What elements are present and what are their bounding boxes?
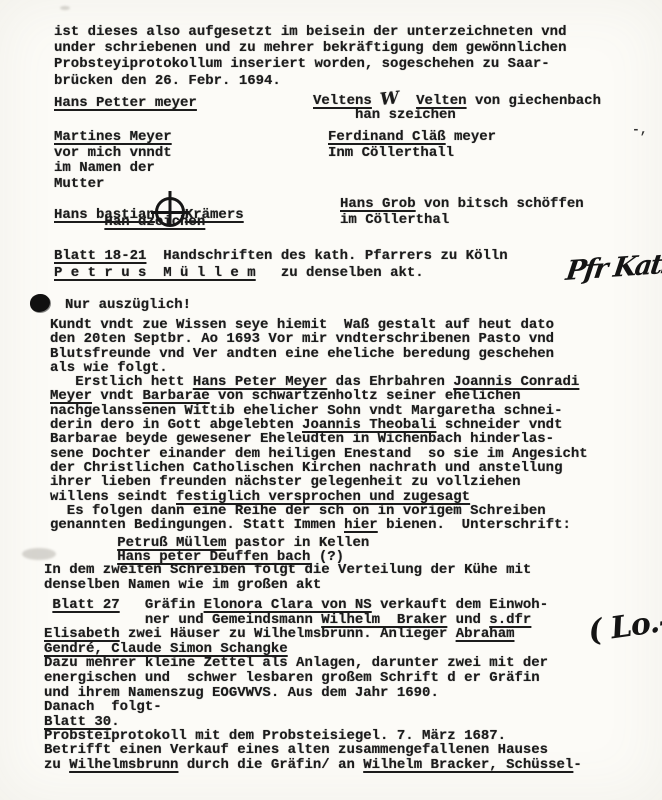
paragraph-zweites-schreiben: In dem zweiten Schreiben folgt die Verte… [44, 563, 531, 592]
text-line: ner und Gemeindsmann Wilhelm Braker und … [44, 613, 548, 628]
text-segment: von giechenbach [467, 93, 601, 109]
text-line: im Cöllerthal [340, 213, 584, 229]
text-line: Dazu mehrer kleine Zettel als Anlagen, d… [44, 656, 548, 671]
signature-hans-bastian-kraemers: Hans bastianKrämers Han dzeichen [54, 197, 244, 231]
text-line: Ferdinand Cläß meyer [328, 130, 496, 146]
signature-hans-grob: Hans Grob von bitsch schöffenim Cöllerth… [340, 197, 584, 228]
scan-speck: ‐, [632, 122, 648, 137]
text-line: under schriebenen und zu mehrer bekräfti… [54, 40, 566, 56]
heading-blatt-18-21: Blatt 18-21 Handschriften des kath. Pfar… [54, 248, 508, 282]
note-text: Nur auszüglich! [65, 297, 191, 313]
underlined-text: Wilhelmsbrunn [69, 757, 178, 773]
text-line: sene Dochter einander dem heiligen Enest… [50, 447, 588, 461]
paragraph-blatt-30-protokoll: Probsteiprotokoll mit dem Probsteisiegel… [44, 729, 582, 772]
text-line: den 20ten Septbr. Ao 1693 Vor mir vndter… [50, 332, 588, 346]
text-line: willens seindt festiglich versprochen un… [50, 490, 588, 504]
scan-smudge [22, 548, 56, 560]
text-line: energischen und schwer lesbaren großem S… [44, 671, 548, 686]
text-segment: Handschriften des kath. Pfarrers zu Köll… [146, 248, 507, 264]
text-segment: genannten Bedingungen. Statt Immen [50, 517, 344, 533]
text-segment: under schriebenen und zu mehrer bekräfti… [54, 40, 566, 56]
text-line: In dem zweiten Schreiben folgt die Verte… [44, 563, 531, 578]
text-line: Probsteyiprotokollum inseriert worden, s… [54, 56, 566, 72]
text-segment: zu denselben akt. [256, 265, 424, 281]
text-line: zu Wilhelmsbrunn durch die Gräfin/ an Wi… [44, 758, 582, 772]
underlined-text: Blatt 27 [52, 597, 119, 613]
text-segment: zwei Häuser zu Wilhelmsbrunn. Anlieger [120, 626, 456, 642]
text-segment: Danach folgt- [44, 699, 162, 715]
underlined-text: Blatt 18-21 [54, 248, 146, 264]
text-segment: energischen und schwer lesbaren großem S… [44, 670, 540, 686]
paragraph-protocol-1694: ist dieses also aufgesetzt im beisein de… [54, 24, 566, 89]
text-line: Veltens W Velten von giechenbach [313, 91, 601, 107]
text-line: ihrer lieben freunden nächster gelegenhe… [50, 475, 588, 489]
text-segment: ist dieses also aufgesetzt im beisein de… [54, 24, 566, 40]
text-segment: Dazu mehrer kleine Zettel als Anlagen, d… [44, 655, 548, 671]
text-line: Barbarae beyde gewesener Eheleudten in W… [50, 432, 588, 446]
text-segment: Gräfin [120, 597, 204, 613]
text-segment: im Cöllerthal [340, 212, 449, 228]
text-line: Meyer vndt Barbarae von schwartzenholtz … [50, 389, 588, 403]
text-line: Hans Grob von bitsch schöffen [340, 197, 584, 213]
text-segment: zu [44, 757, 69, 773]
text-line: Blutsfreunde vnd Ver andten eine ehelich… [50, 347, 588, 361]
text-line: und ihrem Namenszug EOGVWVS. Aus dem Jah… [44, 686, 548, 701]
unterschrift-lines: Petruß Müllem pastor in Kellen Hans pete… [50, 536, 369, 565]
text-line: han szeichen [313, 107, 601, 123]
handwritten-annotation-pfr: Pfr Kath [564, 248, 662, 287]
text-line: Es folgen dann eine Reihe der sch on in … [50, 504, 588, 518]
text-line: Hans Petter meyer [54, 95, 197, 111]
signature-hans-petter-meyer: Hans Petter meyer [54, 95, 197, 111]
text-line: genannten Bedingungen. Statt Immen hier … [50, 518, 588, 532]
text-line: Blatt 18-21 Handschriften des kath. Pfar… [54, 248, 508, 265]
text-segment: vor mich vnndt [54, 145, 172, 161]
signature-martines-meyer: Martines Meyervor mich vnndtim Namen der… [54, 130, 172, 193]
text-line: nachgelanssenen Wittib ehelicher Sohn vn… [50, 404, 588, 418]
underlined-text: Elisabeth [44, 626, 120, 642]
handwritten-annotation-lo: ( Lo.-) [586, 602, 662, 650]
underlined-text: Wilhelm Bracker, Schüssel [363, 757, 573, 773]
text-segment: von bitsch schöffen [416, 196, 584, 212]
underlined-text: Ferdinand Cläß [328, 129, 446, 145]
document-page: ist dieses also aufgesetzt im beisein de… [0, 0, 662, 800]
text-line: Danach folgt- [44, 700, 548, 715]
underlined-text: hier [344, 517, 378, 533]
text-line: brücken den 26. Febr. 1694. [54, 73, 566, 89]
text-segment: - [573, 757, 581, 773]
text-line: Martines Meyer [54, 130, 172, 146]
circle-cross-mark [155, 197, 185, 227]
text-line: Blatt 27 Gräfin Elonora Clara von NS ver… [44, 598, 548, 613]
text-line: Betrifft einen Verkauf eines alten zusam… [44, 743, 582, 757]
scan-smudge [60, 6, 70, 10]
text-segment: durch die Gräfin/ an [178, 757, 363, 773]
paragraph-blatt-27: Blatt 27 Gräfin Elonora Clara von NS ver… [44, 598, 548, 729]
text-segment: denselben Namen wie im großen akt [44, 577, 321, 593]
underlined-text: Martines Meyer [54, 129, 172, 145]
text-line: Elisabeth zwei Häuser zu Wilhelmsbrunn. … [44, 627, 548, 642]
text-line: Hans bastianKrämers [54, 197, 244, 214]
text-segment: im Namen der [54, 160, 155, 176]
text-line: Inm Cöllerthall [328, 146, 496, 162]
paragraph-marriage-contract: Kundt vndt zue Wissen seye hiemit Waß ge… [50, 318, 588, 532]
text-segment: verkauft dem Einwoh- [372, 597, 548, 613]
text-segment: Inm Cöllerthall [328, 145, 454, 161]
underlined-text: P e t r u s M ü l l e m [54, 265, 256, 281]
text-line: ist dieses also aufgesetzt im beisein de… [54, 24, 566, 40]
text-line: denselben Namen wie im großen akt [44, 578, 531, 593]
text-segment: brücken den 26. Febr. 1694. [54, 73, 281, 89]
handwritten-mark: W [379, 90, 400, 108]
text-line: im Namen der [54, 161, 172, 177]
text-segment [54, 214, 104, 230]
ink-blot [30, 294, 50, 312]
text-line: Mutter [54, 177, 172, 193]
text-segment: Probsteyiprotokollum inseriert worden, s… [54, 56, 550, 72]
signature-ferdinand-claess: Ferdinand Cläß meyerInm Cöllerthall [328, 130, 496, 161]
text-segment: meyer [446, 129, 496, 145]
text-segment: bienen. Unterschrift: [378, 517, 571, 533]
underlined-text: Hans Grob [340, 196, 416, 212]
text-line: P e t r u s M ü l l e m zu denselben akt… [54, 265, 508, 282]
underlined-text: Abraham [456, 626, 515, 642]
signature-velten-giechenbach: Veltens W Velten von giechenbach han sze… [313, 91, 601, 123]
underlined-text: Hans Petter meyer [54, 95, 197, 111]
text-segment: Mutter [54, 176, 104, 192]
underlined-text: Elonora Clara von NS [204, 597, 372, 613]
bullet-note: Nur auszüglich! [30, 294, 191, 313]
